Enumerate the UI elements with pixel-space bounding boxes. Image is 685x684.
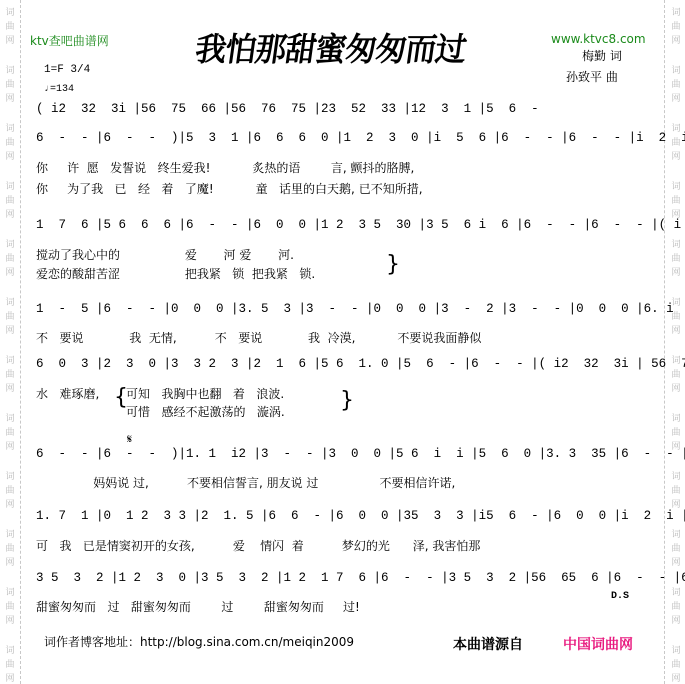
watermark-text: 词曲网 (668, 470, 684, 512)
dal-segno-marking: D.S (611, 591, 629, 602)
lyric-line-3: 不 要说 我 无情, 不 要说 我 冷漠, 不要说我面静似 (36, 329, 481, 346)
lyricist-credit: 梅勤 词 (582, 47, 622, 64)
lyric-line-1a: 你 许 愿 发誓说 终生爱我! 炙热的语 言, 颤抖的胳膊, (36, 159, 414, 176)
source-label: 本曲谱源自 (453, 634, 523, 654)
lyric-line-6: 可 我 已是情窦初开的女孩, 爱 情闪 着 梦幻的光 泽, 我害怕那 (36, 537, 480, 554)
watermark-text: 词曲网 (2, 180, 18, 222)
watermark-text: 词曲网 (2, 586, 18, 628)
lyric-line-2b: 爱恋的酸甜苦涩 把我紧 锁 把我紧 锁. (36, 265, 315, 282)
notation-line-3: 1 7 6 |5 6 6 6 |6 - - |6 0 0 |1 2 3 5 30… (36, 218, 685, 232)
watermark-text: 词曲网 (2, 412, 18, 454)
watermark-text: 词曲网 (2, 64, 18, 106)
watermark-text: 词曲网 (2, 528, 18, 570)
lyric-verse-b: 可惜 感经不起激荡的 漩涡. (126, 403, 285, 420)
watermark-text: 词曲网 (668, 64, 684, 106)
watermark-text: 词曲网 (668, 6, 684, 48)
watermark-text: 词曲网 (668, 238, 684, 280)
verse-brace: } (386, 252, 400, 277)
song-title: 我怕那甜蜜匆匆而过 (193, 23, 470, 70)
notation-line-8: 3 5 3 2 |1 2 3 0 |3 5 3 2 |1 2 1 7 6 |6 … (36, 571, 685, 585)
watermark-text: 词曲网 (2, 6, 18, 48)
lyric-line-1b: 你 为了我 已 经 着 了魔! 童 话里的白天鹅, 已不知所措, (36, 180, 423, 197)
watermark-text: 词曲网 (668, 586, 684, 628)
lyric-line-4: 水 难琢磨, (36, 385, 99, 402)
notation-line-2: 6 - - |6 - - )|5 3 1 |6 6 6 0 |1 2 3 0 |… (36, 131, 685, 145)
watermark-text: 词曲网 (2, 296, 18, 338)
source-site-name: 中国词曲网 (563, 634, 633, 654)
watermark-text: 词曲网 (2, 470, 18, 512)
watermark-text: 词曲网 (2, 122, 18, 164)
watermark-text: 词曲网 (2, 238, 18, 280)
notation-line-7: 1. 7 1 |0 1 2 3 3 |2 1. 5 |6 6 - |6 0 0 … (36, 509, 685, 523)
watermark-text: 词曲网 (2, 644, 18, 684)
key-signature: 1=F 3/4 (44, 64, 90, 76)
site-url-right: www.ktvc8.com (551, 32, 646, 46)
watermark-text: 词曲网 (668, 180, 684, 222)
watermark-text: 词曲网 (2, 354, 18, 396)
watermark-text: 词曲网 (668, 644, 684, 684)
notation-line-5: 6 0 3 |2 3 0 |3 3 2 3 |2 1 6 |5 6 1. 0 |… (36, 357, 685, 371)
watermark-text: 词曲网 (668, 528, 684, 570)
lyricist-blog-address: 词作者博客地址：http://blog.sina.com.cn/meiqin20… (44, 633, 354, 650)
segno-sign: 𝄋 (127, 432, 132, 447)
tempo-marking: ♩=134 (44, 84, 74, 95)
notation-line-6: 6 - - |6 - - )|1. 1 i2 |3 - - |3 0 0 |5 … (36, 447, 685, 461)
site-name-left: ktv查吧曲谱网 (30, 32, 109, 49)
notation-line-4: 1 - 5 |6 - - |0 0 0 |3. 5 3 |3 - - |0 0 … (36, 302, 685, 316)
lyric-verse-a: 可知 我胸中也翻 着 浪波. (126, 385, 284, 402)
lyric-line-7: 甜蜜匆匆而 过 甜蜜匆匆而 过 甜蜜匆匆而 过! (36, 598, 360, 615)
verse-brace-close: } (340, 388, 354, 413)
watermark-left: 词曲网 词曲网 词曲网 词曲网 词曲网 词曲网 词曲网 词曲网 词曲网 词曲网 … (2, 0, 18, 684)
composer-credit: 孙致平 曲 (566, 68, 618, 85)
notation-line-1: ( i2 32 3i |56 75 66 |56 76 75 |23 52 33… (36, 102, 539, 116)
left-margin-line (20, 0, 21, 684)
lyric-line-2a: 搅动了我心中的 爱 河 爱 河. (36, 246, 294, 263)
lyric-line-5: 妈妈说 过, 不要相信誓言, 朋友说 过 不要相信许诺, (36, 474, 455, 491)
